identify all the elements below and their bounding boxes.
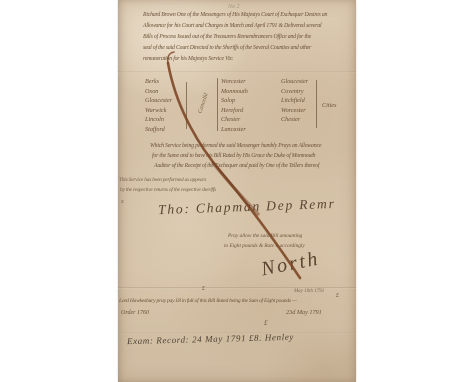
table-bracket-line bbox=[186, 82, 187, 129]
pay-order-date: 23d May 1791 bbox=[286, 307, 322, 318]
fold-crease-top bbox=[118, 71, 356, 73]
paragraph2-line: Auditor of the Receipt of the Exchequer … bbox=[154, 161, 319, 172]
pay-order-order-note: Order 1760 bbox=[121, 308, 149, 319]
pay-order-pound-superscript: £ bbox=[336, 291, 339, 302]
chapman-signature: Tho: Chapman Dep Remr bbox=[158, 196, 336, 218]
document-paper: No 2 Richard Brown One of the Messengers… bbox=[118, 0, 356, 382]
north-signature-date: May 10th 1791 bbox=[294, 286, 324, 297]
county-col1-row: Stafford bbox=[145, 124, 165, 135]
pound-mark: £ bbox=[202, 284, 205, 295]
county-col2-row: Lancaster bbox=[221, 124, 246, 135]
pound-mark: £ bbox=[264, 318, 268, 329]
table-bracket-line bbox=[217, 78, 218, 131]
manuscript-scan: No 2 Richard Brown One of the Messengers… bbox=[0, 0, 468, 382]
paragraph1-line: Allowance for his Court and Charges in M… bbox=[143, 21, 321, 32]
paragraph1-line: seal of the said Court Directed to the S… bbox=[143, 43, 311, 54]
city-col-row: Chester bbox=[281, 114, 300, 125]
north-signature: North bbox=[259, 248, 321, 282]
table-bracket-line bbox=[316, 80, 317, 128]
exam-record-line: Exam: Record: 24 May 1791 £8. Henley bbox=[127, 332, 294, 347]
paragraph1-line: Richard Brown One of the Messengers of H… bbox=[143, 10, 327, 21]
paragraph1-line: Bills of Process Issued out of the Treas… bbox=[143, 32, 311, 43]
paragraph1-line: remuneration for his Majestys Service Vi… bbox=[143, 54, 233, 65]
rotated-cancellation-note: Cancelld bbox=[192, 81, 216, 126]
margin-note-line: by the respective returns of the respect… bbox=[120, 185, 216, 196]
rate-note-line: to Eight pounds & Rate it accordingly bbox=[224, 241, 305, 252]
margin-cross-mark: x bbox=[121, 197, 124, 208]
pay-order-line: Lord Hawkesbury pray pay £8 in full of t… bbox=[119, 296, 297, 307]
cities-label: Cities bbox=[322, 100, 336, 111]
